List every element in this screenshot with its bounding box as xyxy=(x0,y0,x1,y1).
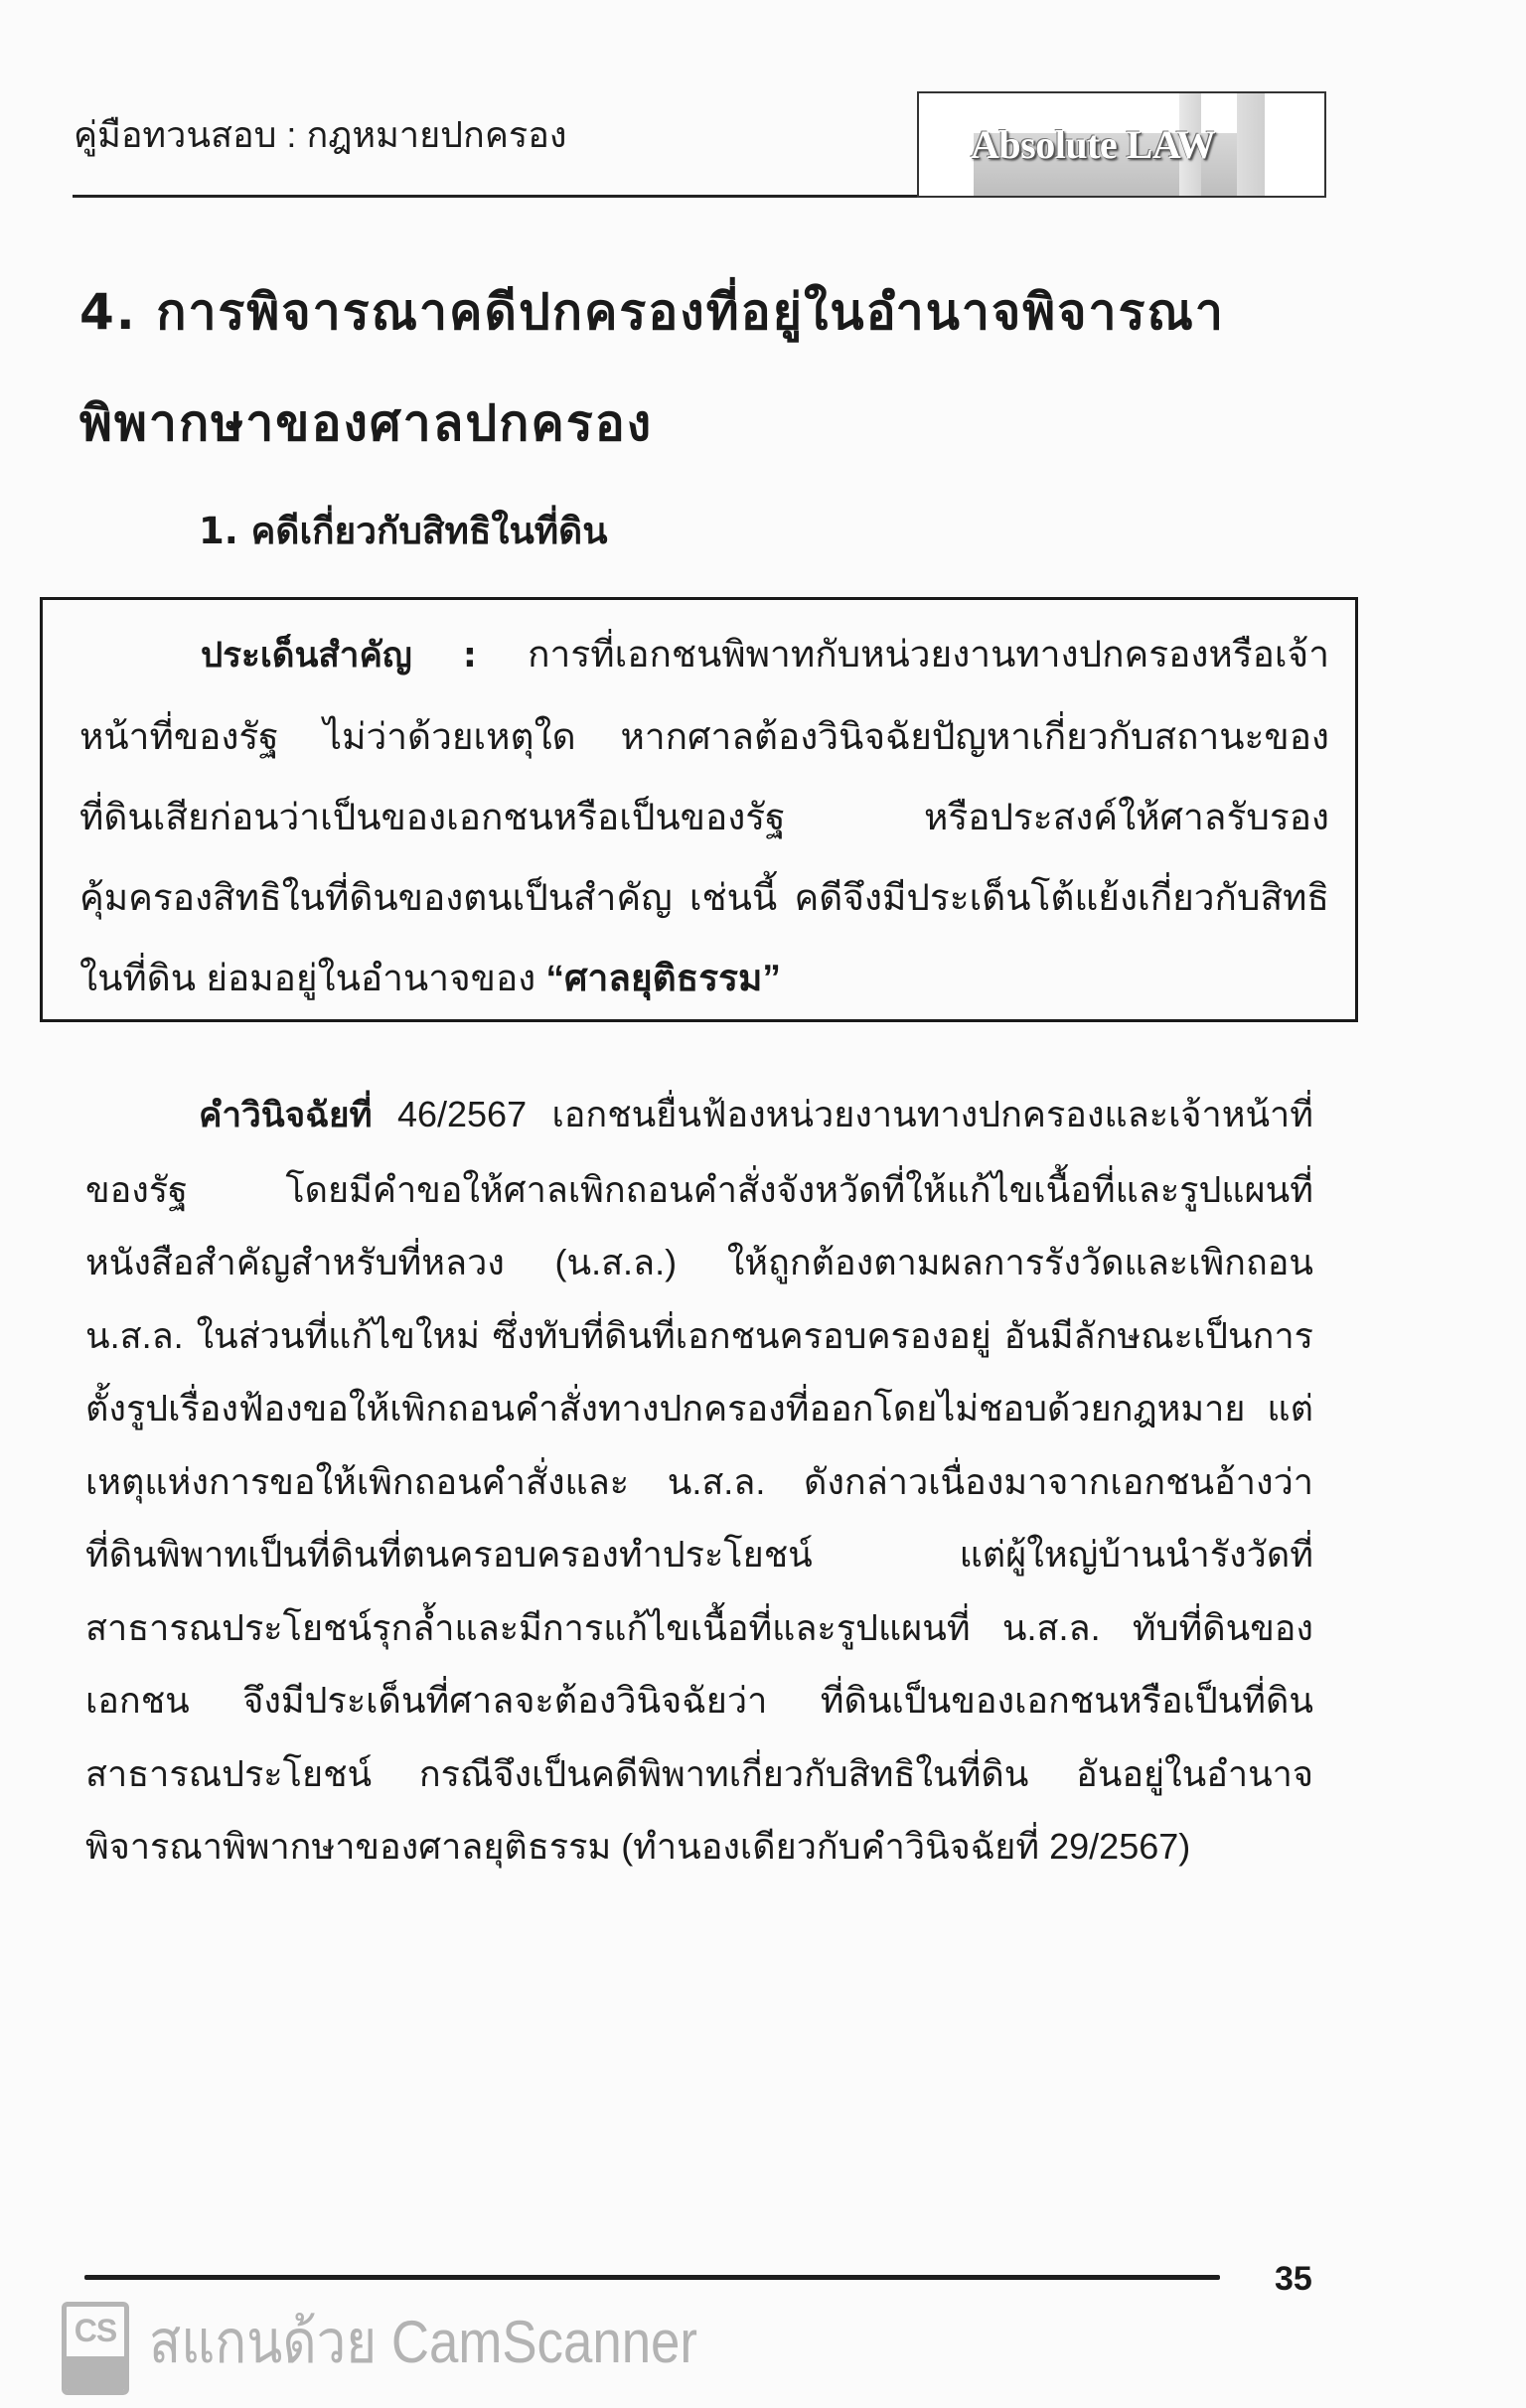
judgment-paragraph: คำวินิจฉัยที่ 46/2567 เอกชนยื่นฟ้องหน่วย… xyxy=(85,1078,1313,1883)
key-point-body: การที่เอกชนพิพาทกับหน่วยงานทางปกครองหรือ… xyxy=(79,634,1329,998)
key-point-label: ประเด็นสำคัญ xyxy=(201,636,412,676)
header-rule xyxy=(73,195,919,198)
footer-rule xyxy=(84,2275,1220,2280)
running-header-title: คู่มือทวนสอบ : กฎหมายปกครอง xyxy=(74,107,566,163)
key-point-box: ประเด็นสำคัญ : การที่เอกชนพิพาทกับหน่วยง… xyxy=(40,597,1358,1022)
camscanner-logo-icon: CS xyxy=(62,2302,129,2395)
judgment-label: คำวินิจฉัยที่ xyxy=(199,1096,373,1135)
section-title: 4. การพิจารณาคดีปกครองที่อยู่ในอำนาจพิจา… xyxy=(79,256,1331,479)
camscanner-logo-band xyxy=(67,2356,124,2390)
brand-logo-box: Absolute LAW xyxy=(917,91,1326,198)
camscanner-logo-text: CS xyxy=(67,2311,124,2350)
brand-logo-stripe xyxy=(1237,93,1265,198)
judgment-body: เอกชนยื่นฟ้องหน่วยงานทางปกครองและเจ้าหน้… xyxy=(85,1094,1313,1867)
judgment-number: 46/2567 xyxy=(373,1094,528,1134)
key-point-text: ประเด็นสำคัญ : การที่เอกชนพิพาทกับหน่วยง… xyxy=(79,614,1329,1018)
camscanner-watermark-text: สแกนด้วย CamScanner xyxy=(149,2303,697,2382)
brand-logo-text: Absolute LAW xyxy=(971,117,1215,173)
subsection-heading: 1. คดีเกี่ยวกับสิทธิในที่ดิน xyxy=(199,502,607,561)
key-point-separator: : xyxy=(412,636,528,676)
page-number: 35 xyxy=(1275,2259,1312,2299)
key-point-emphasis: “ศาลยุติธรรม” xyxy=(546,958,781,998)
